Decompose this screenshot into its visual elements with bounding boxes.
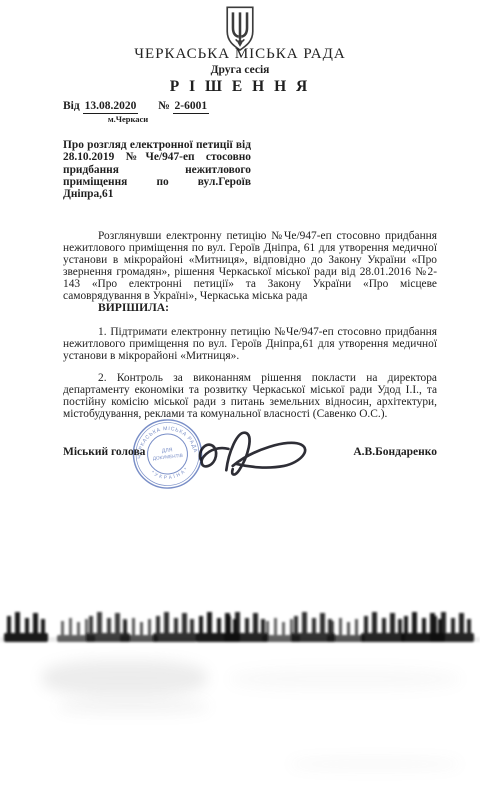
document-body: Розглянувши електронну петицію №Че/947-е… (63, 231, 437, 421)
date-value: 13.08.2020 (83, 100, 139, 114)
stamp-ring-text-bottom: * У К Р А Ї Н А * (149, 466, 190, 483)
date-label: Від (63, 100, 80, 112)
city-label: м.Черкаси (88, 114, 168, 124)
mayor-name: А.В.Бондаренко (353, 446, 437, 458)
resolution-item-1: 1. Підтримати електронну петицію №Че/947… (63, 327, 437, 363)
number-label: № (158, 100, 170, 112)
scan-artifact-band (0, 606, 480, 658)
subject-block: Про розгляд електронної петиції від 28.1… (63, 139, 251, 200)
scan-smudge (290, 758, 460, 770)
document-type-title: Р І Ш Е Н Н Я (0, 78, 480, 96)
council-title: ЧЕРКАСЬКА МІСЬКА РАДА (0, 46, 480, 63)
date-line: Від 13.08.2020 № 2-6001 (63, 100, 209, 112)
resolved-label: ВИРІШИЛА: (63, 302, 437, 314)
mayor-position-title: Міський голова (63, 446, 145, 458)
scan-smudge (230, 668, 460, 690)
resolution-item-2: 2. Контроль за виконанням рішення поклас… (63, 373, 437, 421)
scan-smudge (58, 700, 208, 713)
scanned-decision-document: ЧЕРКАСЬКА МІСЬКА РАДА Друга сесія Р І Ш … (0, 0, 480, 787)
scan-smudge (42, 660, 207, 696)
session-subtitle: Друга сесія (0, 64, 480, 76)
number-value: 2-6001 (173, 100, 210, 114)
svg-text:* У К Р А Ї Н А *: * У К Р А Ї Н А * (149, 466, 190, 483)
preamble-paragraph: Розглянувши електронну петицію №Че/947-е… (63, 231, 437, 302)
signature-row: Міський голова А.В.Бондаренко (63, 446, 437, 458)
